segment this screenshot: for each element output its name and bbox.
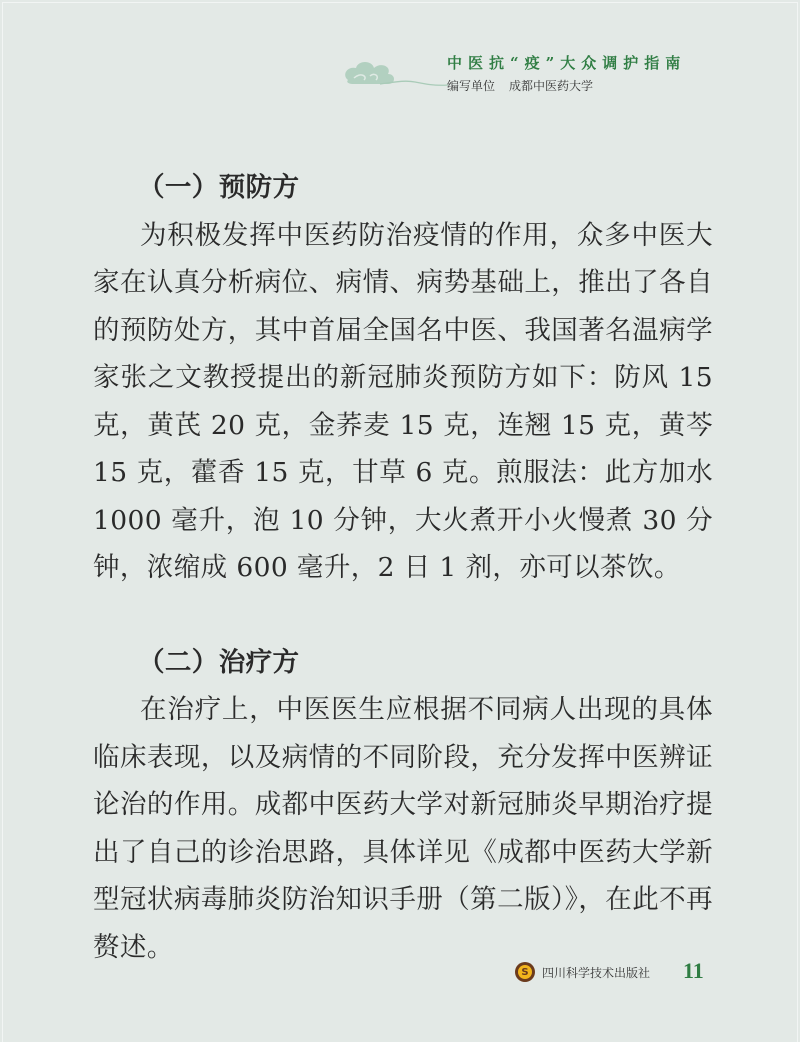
page-number: 11	[683, 958, 704, 984]
section-title-treatment: （二）治疗方	[93, 639, 713, 687]
publisher-logo-icon: S	[515, 962, 535, 982]
auspicious-cloud-icon	[340, 58, 450, 98]
compiler-label: 编写单位	[447, 79, 495, 93]
section-title-prevention: （一）预防方	[93, 164, 713, 212]
book-title: 中医抗“疫”大众调护指南	[447, 52, 686, 73]
compiler-name: 成都中医药大学	[509, 79, 593, 93]
section-gap	[93, 592, 713, 639]
page-header: 中医抗“疫”大众调护指南 编写单位成都中医药大学	[340, 50, 740, 110]
publisher-name: 四川科学技术出版社	[542, 964, 650, 981]
paragraph-treatment: 在治疗上，中医医生应根据不同病人出现的具体临床表现，以及病情的不同阶段，充分发挥…	[93, 686, 713, 971]
compiler-line: 编写单位成都中医药大学	[447, 77, 593, 94]
page-body: （一）预防方 为积极发挥中医药防治疫情的作用，众多中医大家在认真分析病位、病情、…	[93, 164, 713, 971]
page-footer: S 四川科学技术出版社 11	[515, 958, 715, 988]
paragraph-prevention: 为积极发挥中医药防治疫情的作用，众多中医大家在认真分析病位、病情、病势基础上，推…	[93, 212, 713, 592]
